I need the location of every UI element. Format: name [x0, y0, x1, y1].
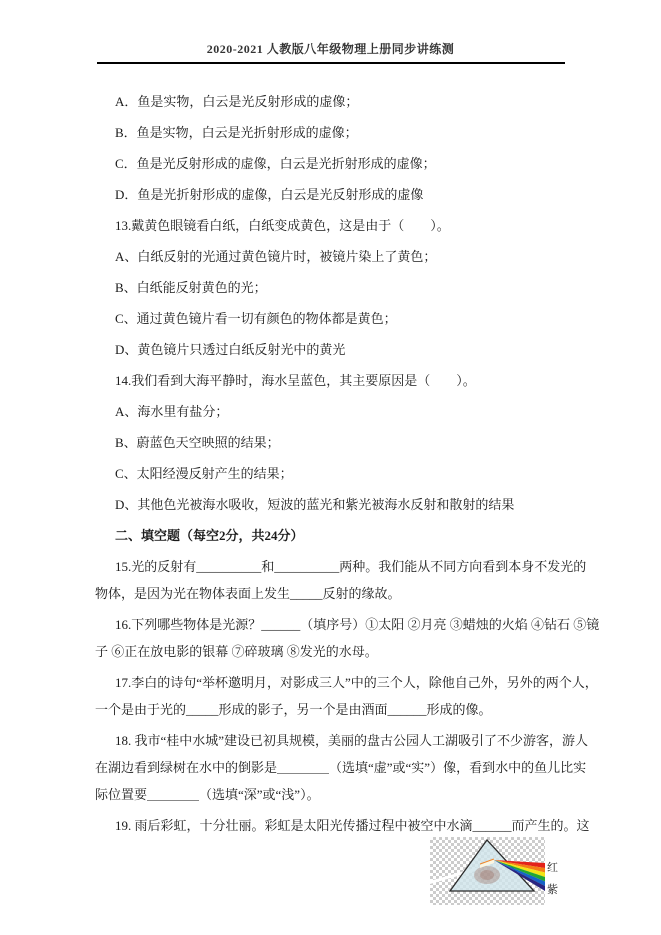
question-line: 14.我们看到大海平静时，海水呈蓝色，其主要原因是（ ）。 — [95, 367, 573, 394]
option-line: D、黄色镜片只透过白纸反射光中的黄光 — [95, 336, 573, 363]
question-line: 19. 雨后彩虹，十分壮丽。彩虹是太阳光传播过程中被空中水滴______而产生的… — [95, 812, 573, 839]
option-line: B、蔚蓝色天空映照的结果； — [95, 429, 573, 456]
text-line: 子 ⑥正在放电影的银幕 ⑦碎玻璃 ⑧发光的水母。 — [95, 638, 573, 665]
document-body: A．鱼是实物，白云是光反射形成的虚像； B．鱼是实物，白云是光折射形成的虚像； … — [95, 84, 573, 839]
option-line: A、海水里有盐分； — [95, 398, 573, 425]
prism-figure: 红 紫 — [430, 837, 575, 905]
option-line: C．鱼是光反射形成的虚像，白云是光折射形成的虚像； — [95, 150, 573, 177]
text-line: 在湖边看到绿树在水中的倒影是＿＿＿＿（选填“虚”或“实”）像，看到水中的鱼儿比实 — [95, 754, 573, 781]
question-line: 17.李白的诗句“举杯邀明月，对影成三人”中的三个人，除他自己外，另外的两个人， — [95, 669, 573, 696]
question-line: 16.下列哪些物体是光源？______（填序号）①太阳 ②月亮 ③蜡烛的火焰 ④… — [95, 611, 573, 638]
violet-label: 紫 — [547, 885, 558, 896]
section-heading: 二、填空题（每空2分，共24分） — [95, 522, 573, 549]
option-line: B、白纸能反射黄色的光； — [95, 274, 573, 301]
red-label: 红 — [547, 863, 558, 874]
question-line: 13.戴黄色眼镜看白纸，白纸变成黄色，这是由于（ ）。 — [95, 212, 573, 239]
option-line: B．鱼是实物，白云是光折射形成的虚像； — [95, 119, 573, 146]
option-line: D、其他色光被海水吸收，短波的蓝光和紫光被海水反射和散射的结果 — [95, 491, 573, 518]
prism-dispersion-svg — [430, 837, 545, 905]
question-line: 15.光的反射有__________和__________两种。我们能从不同方向… — [95, 553, 573, 580]
text-line: 际位置要＿＿＿＿（选填“深”或“浅”）。 — [95, 781, 573, 808]
prism-shadow-smudge-core — [480, 870, 494, 880]
prism-image — [430, 837, 545, 905]
option-line: A．鱼是实物，白云是光反射形成的虚像； — [95, 88, 573, 115]
worksheet-page: 2020-2021 人教版八年级物理上册同步讲练测 A．鱼是实物，白云是光反射形… — [0, 0, 661, 935]
text-line: 物体，是因为光在物体表面上发生_____反射的缘故。 — [95, 580, 573, 607]
question-line: 18. 我市“桂中水城”建设已初具规模，美丽的盘古公园人工湖吸引了不少游客，游人 — [95, 727, 573, 754]
text-line: 一个是由于光的_____形成的影子，另一个是由酒面______形成的像。 — [95, 696, 573, 723]
option-line: C、通过黄色镜片看一切有颜色的物体都是黄色； — [95, 305, 573, 332]
header-divider — [97, 62, 565, 64]
page-header-title: 2020-2021 人教版八年级物理上册同步讲练测 — [0, 40, 661, 57]
option-line: D．鱼是光折射形成的虚像，白云是光反射形成的虚像 — [95, 181, 573, 208]
option-line: A、白纸反射的光通过黄色镜片时，被镜片染上了黄色； — [95, 243, 573, 270]
option-line: C、太阳经漫反射产生的结果； — [95, 460, 573, 487]
